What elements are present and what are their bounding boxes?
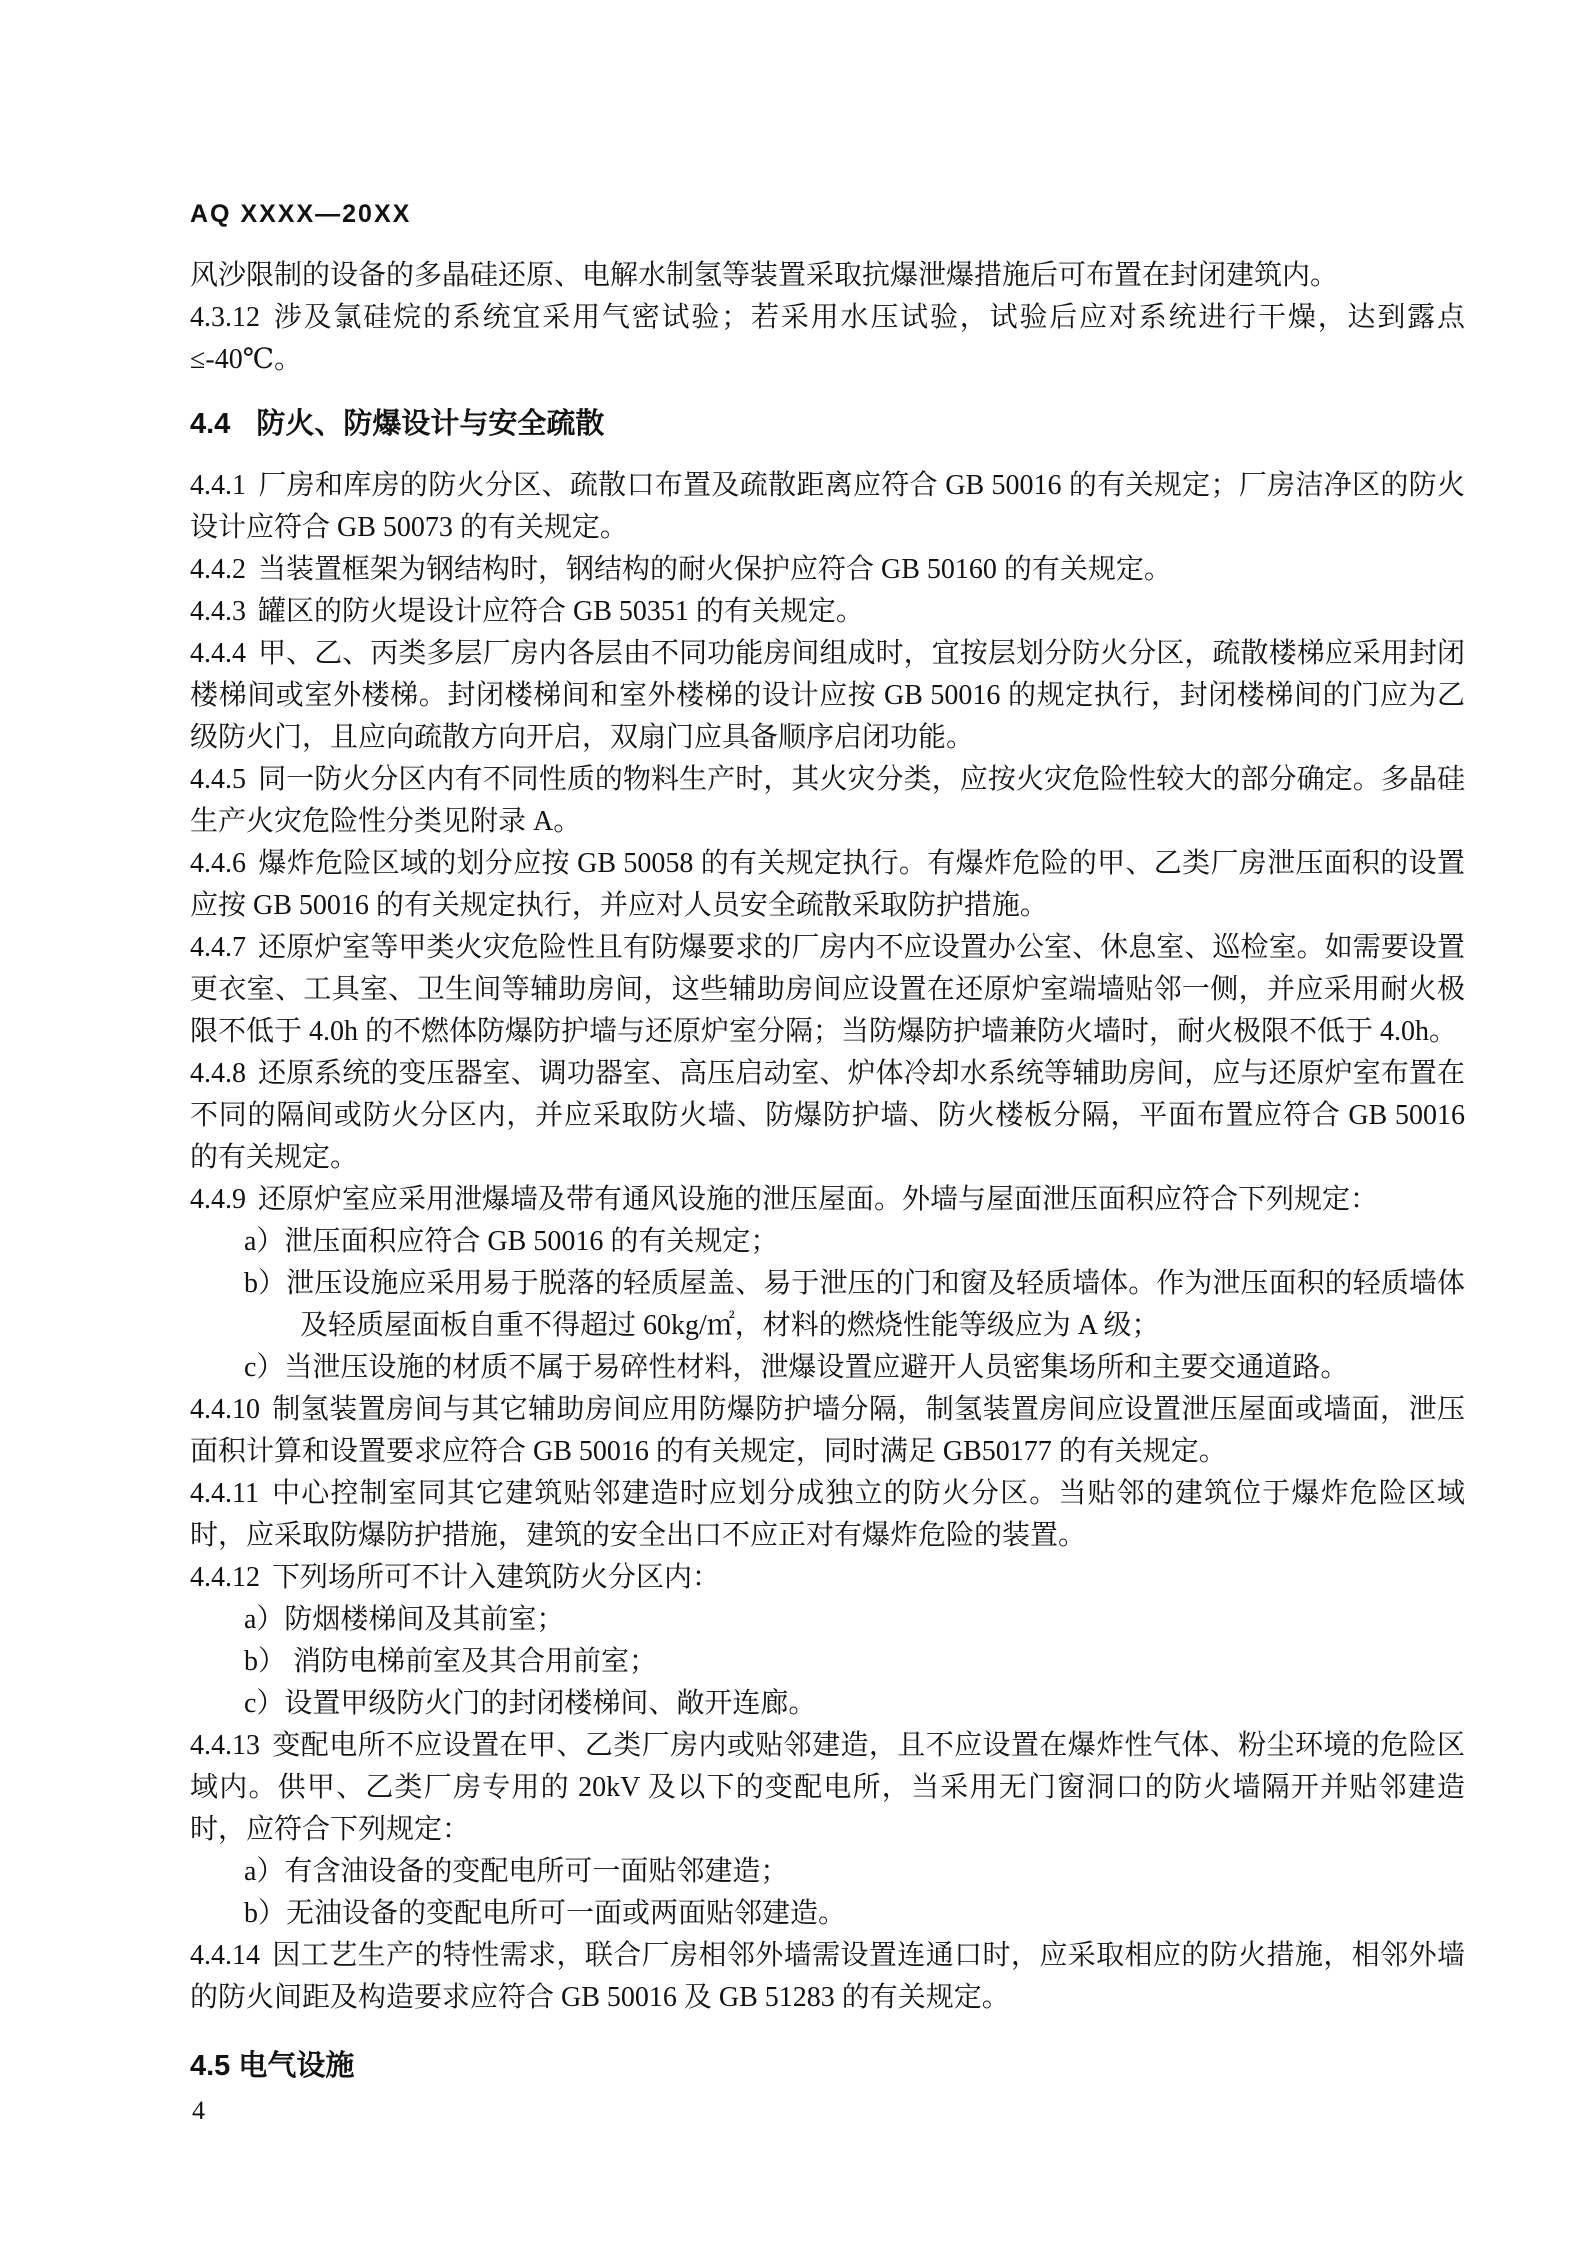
clause-text: 因工艺生产的特性需求，联合厂房相邻外墙需设置连通口时，应采取相应的防火措施，相邻… [190, 1940, 1465, 2013]
clause-4-4-2: 4.4.2当装置框架为钢结构时，钢结构的耐火保护应符合 GB 50160 的有关… [190, 549, 1465, 591]
clause-number: 4.4.3 [190, 596, 258, 627]
clause-number: 4.4.11 [190, 1478, 271, 1509]
section-title: 防火、防爆设计与安全疏散 [256, 408, 604, 440]
clause-text: 制氢装置房间与其它辅助房间应用防爆防护墙分隔，制氢装置房间应设置泄压屋面或墙面，… [190, 1394, 1465, 1467]
clause-4-4-9: 4.4.9还原炉室应采用泄爆墙及带有通风设施的泄压屋面。外墙与屋面泄压面积应符合… [190, 1179, 1465, 1221]
clause-4-3-12: 4.3.12涉及氯硅烷的系统宜采用气密试验；若采用水压试验，试验后应对系统进行干… [190, 297, 1465, 381]
clause-4-4-6: 4.4.6爆炸危险区域的划分应按 GB 50058 的有关规定执行。有爆炸危险的… [190, 843, 1465, 927]
list-item-a: a）防烟楼梯间及其前室； [190, 1599, 1465, 1641]
clause-4-4-14: 4.4.14因工艺生产的特性需求，联合厂房相邻外墙需设置连通口时，应采取相应的防… [190, 1935, 1465, 2019]
page-number: 4 [192, 2096, 205, 2126]
list-item-b: b）无油设备的变配电所可一面或两面贴邻建造。 [190, 1893, 1465, 1935]
clause-text: 还原炉室等甲类火灾危险性且有防爆要求的厂房内不应设置办公室、休息室、巡检室。如需… [190, 932, 1465, 1047]
section-number: 4.5 [190, 2050, 238, 2082]
clause-text: 还原系统的变压器室、调功器室、高压启动室、炉体冷却水系统等辅助房间，应与还原炉室… [190, 1058, 1465, 1173]
clause-4-4-5: 4.4.5同一防火分区内有不同性质的物料生产时，其火灾分类，应按火灾危险性较大的… [190, 759, 1465, 843]
list-item-a: a）有含油设备的变配电所可一面贴邻建造； [190, 1851, 1465, 1893]
clause-text: 变配电所不应设置在甲、乙类厂房内或贴邻建造，且不应设置在爆炸性气体、粉尘环境的危… [190, 1730, 1465, 1845]
page-content: AQ XXXX—20XX 风沙限制的设备的多晶硅还原、电解水制氢等装置采取抗爆泄… [190, 200, 1465, 2083]
clause-4-4-13: 4.4.13变配电所不应设置在甲、乙类厂房内或贴邻建造，且不应设置在爆炸性气体、… [190, 1725, 1465, 1851]
clause-text: 甲、乙、丙类多层厂房内各层由不同功能房间组成时，宜按层划分防火分区，疏散楼梯应采… [190, 638, 1465, 753]
clause-text: 下列场所可不计入建筑防火分区内： [272, 1562, 720, 1593]
section-heading-4-5: 4.5电气设施 [190, 2049, 1465, 2083]
clause-text: 当装置框架为钢结构时，钢结构的耐火保护应符合 GB 50160 的有关规定。 [258, 554, 1172, 585]
clause-text: 还原炉室应采用泄爆墙及带有通风设施的泄压屋面。外墙与屋面泄压面积应符合下列规定： [258, 1184, 1378, 1215]
clause-4-4-3: 4.4.3罐区的防火堤设计应符合 GB 50351 的有关规定。 [190, 591, 1465, 633]
clause-4-4-7: 4.4.7还原炉室等甲类火灾危险性且有防爆要求的厂房内不应设置办公室、休息室、巡… [190, 927, 1465, 1053]
paragraph: 风沙限制的设备的多晶硅还原、电解水制氢等装置采取抗爆泄爆措施后可布置在封闭建筑内… [190, 255, 1465, 297]
clause-4-4-11: 4.4.11中心控制室同其它建筑贴邻建造时应划分成独立的防火分区。当贴邻的建筑位… [190, 1473, 1465, 1557]
list-item-a: a）泄压面积应符合 GB 50016 的有关规定； [190, 1221, 1465, 1263]
clause-text: 爆炸危险区域的划分应按 GB 50058 的有关规定执行。有爆炸危险的甲、乙类厂… [190, 848, 1465, 921]
clause-text: 厂房和库房的防火分区、疏散口布置及疏散距离应符合 GB 50016 的有关规定；… [190, 470, 1465, 543]
clause-4-4-4: 4.4.4甲、乙、丙类多层厂房内各层由不同功能房间组成时，宜按层划分防火分区，疏… [190, 633, 1465, 759]
clause-number: 4.4.9 [190, 1184, 258, 1215]
clause-4-4-12: 4.4.12下列场所可不计入建筑防火分区内： [190, 1557, 1465, 1599]
clause-4-4-10: 4.4.10制氢装置房间与其它辅助房间应用防爆防护墙分隔，制氢装置房间应设置泄压… [190, 1389, 1465, 1473]
clause-number: 4.4.8 [190, 1058, 258, 1089]
section-title: 电气设施 [238, 2050, 354, 2082]
clause-number: 4.4.10 [190, 1394, 272, 1425]
section-number: 4.4 [190, 408, 256, 440]
clause-number: 4.3.12 [190, 302, 272, 333]
standard-number-header: AQ XXXX—20XX [190, 200, 1465, 229]
clause-number: 4.4.2 [190, 554, 258, 585]
list-item-c: c）设置甲级防火门的封闭楼梯间、敞开连廊。 [190, 1683, 1465, 1725]
clause-text: 中心控制室同其它建筑贴邻建造时应划分成独立的防火分区。当贴邻的建筑位于爆炸危险区… [190, 1478, 1465, 1551]
list-item-b: b）泄压设施应采用易于脱落的轻质屋盖、易于泄压的门和窗及轻质墙体。作为泄压面积的… [190, 1263, 1465, 1347]
list-item-b: b） 消防电梯前室及其合用前室； [190, 1641, 1465, 1683]
clause-number: 4.4.4 [190, 638, 258, 669]
clause-number: 4.4.6 [190, 848, 258, 879]
clause-4-4-1: 4.4.1厂房和库房的防火分区、疏散口布置及疏散距离应符合 GB 50016 的… [190, 465, 1465, 549]
clause-number: 4.4.14 [190, 1940, 272, 1971]
clause-number: 4.4.12 [190, 1562, 272, 1593]
clause-text: 罐区的防火堤设计应符合 GB 50351 的有关规定。 [258, 596, 864, 627]
document-page: AQ XXXX—20XX 风沙限制的设备的多晶硅还原、电解水制氢等装置采取抗爆泄… [0, 0, 1587, 2245]
clause-number: 4.4.7 [190, 932, 258, 963]
clause-text: 涉及氯硅烷的系统宜采用气密试验；若采用水压试验，试验后应对系统进行干燥，达到露点… [190, 302, 1465, 375]
section-heading-4-4: 4.4防火、防爆设计与安全疏散 [190, 407, 1465, 441]
clause-number: 4.4.5 [190, 764, 258, 795]
list-item-c: c）当泄压设施的材质不属于易碎性材料，泄爆设置应避开人员密集场所和主要交通道路。 [190, 1347, 1465, 1389]
clause-number: 4.4.13 [190, 1730, 272, 1761]
clause-4-4-8: 4.4.8还原系统的变压器室、调功器室、高压启动室、炉体冷却水系统等辅助房间，应… [190, 1053, 1465, 1179]
clause-number: 4.4.1 [190, 470, 258, 501]
clause-text: 同一防火分区内有不同性质的物料生产时，其火灾分类，应按火灾危险性较大的部分确定。… [190, 764, 1465, 837]
